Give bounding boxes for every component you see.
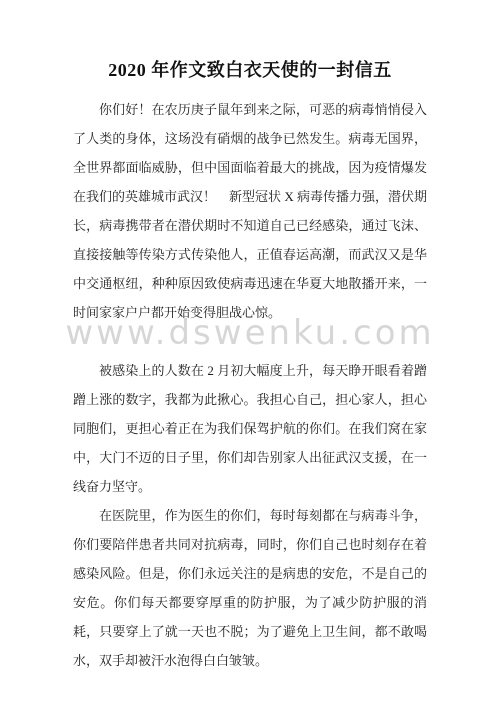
document-body: 你们好！在农历庚子鼠年到来之际，可恶的病毒悄悄侵入了人类的身体，这场没有硝烟的战… <box>73 95 427 675</box>
blank-line-spacer <box>73 327 427 356</box>
body-paragraph-2: 被感染上的人数在 2 月初大幅度上升，每天睁开眼看着蹭蹭上涨的数字，我都为此揪心… <box>73 356 427 501</box>
document-page: www.dswenku.com 2020 年作文致白衣天使的一封信五 你们好！在… <box>0 0 500 708</box>
page-title: 2020 年作文致白衣天使的一封信五 <box>0 0 500 82</box>
body-paragraph-1: 你们好！在农历庚子鼠年到来之际，可恶的病毒悄悄侵入了人类的身体，这场没有硝烟的战… <box>73 95 427 327</box>
body-paragraph-3: 在医院里，作为医生的你们，每时每刻都在与病毒斗争，你们要陪伴患者共同对抗病毒，同… <box>73 501 427 675</box>
